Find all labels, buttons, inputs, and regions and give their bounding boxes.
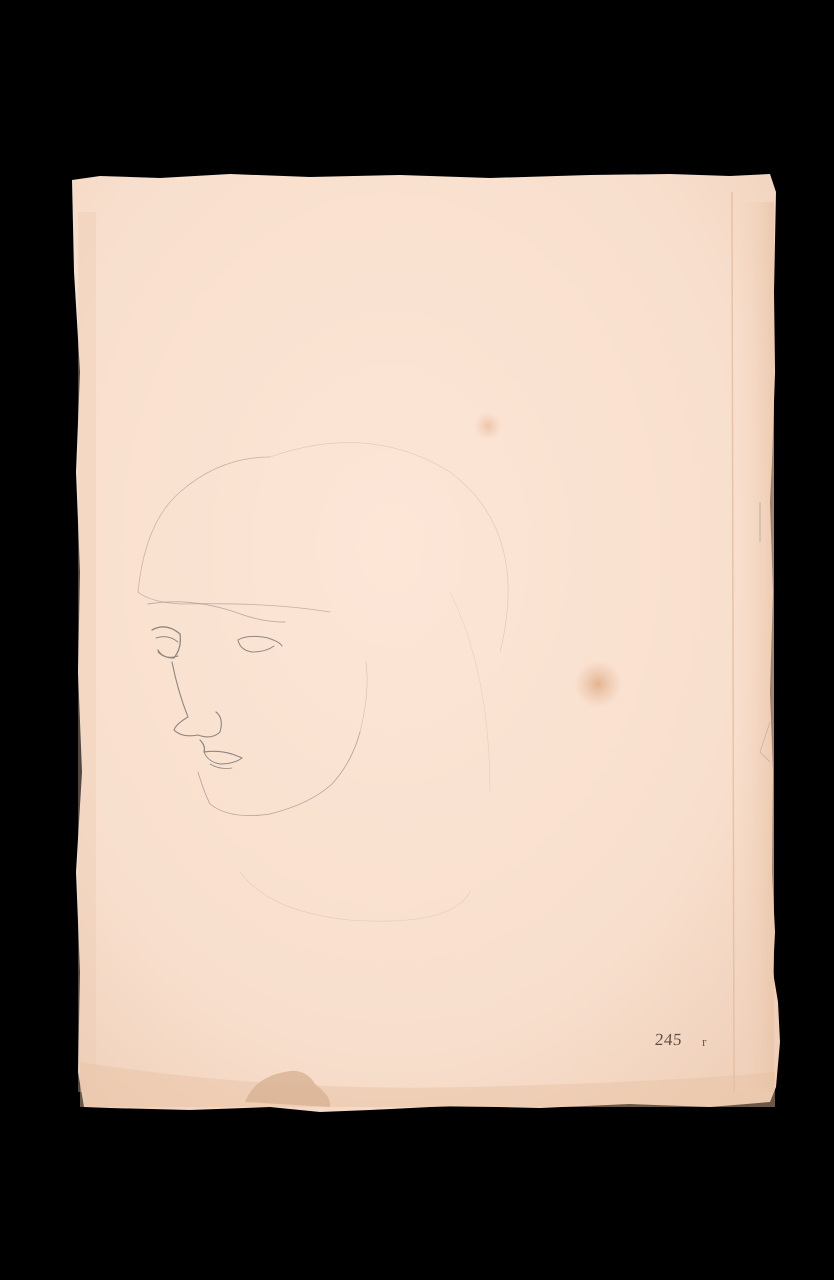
inventory-number: 245: [654, 1030, 682, 1050]
foxing-stain-small: [474, 412, 502, 440]
paper-sheet: 245 r: [70, 172, 780, 1112]
foxing-stain: [574, 660, 622, 708]
paper-artwork: [70, 172, 780, 1112]
paper-body: [72, 174, 780, 1112]
inventory-suffix: r: [702, 1034, 706, 1050]
